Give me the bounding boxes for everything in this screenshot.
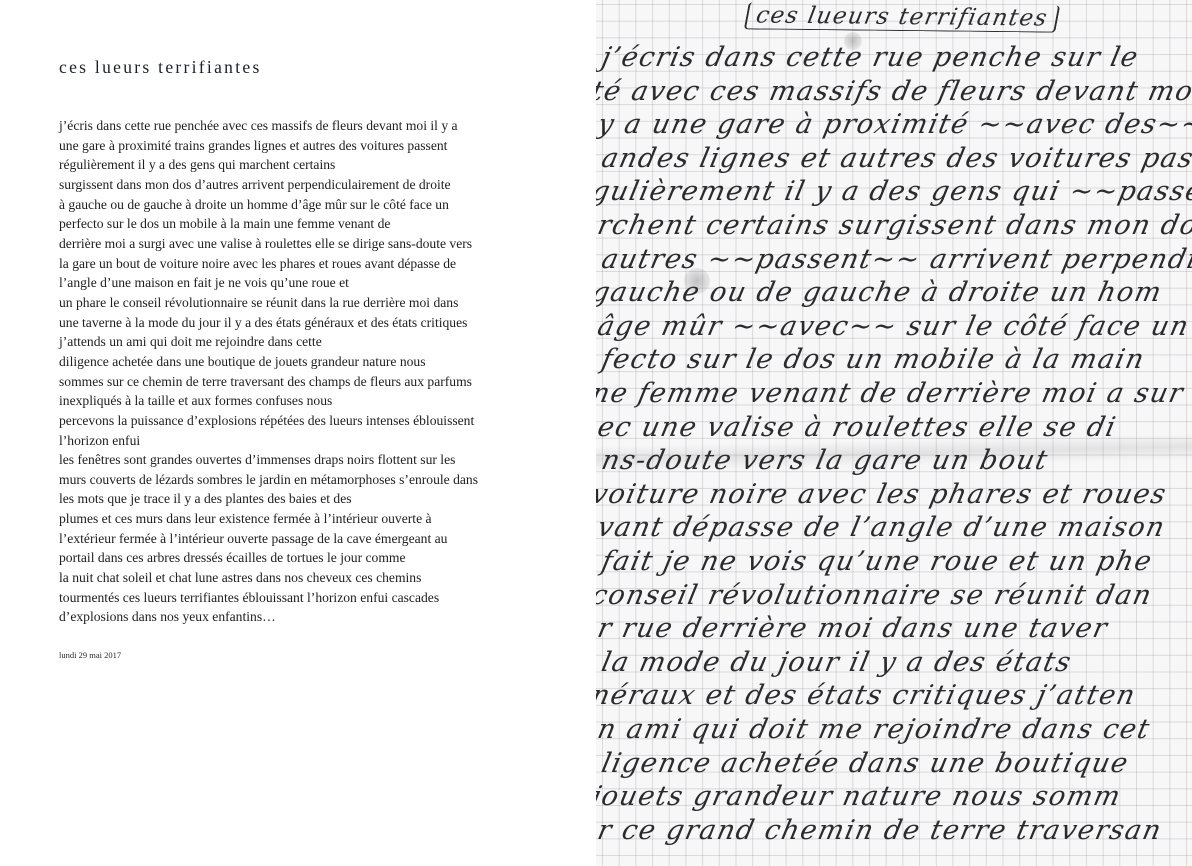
manuscript-line: gauche ou de gauche à droite un hom [596, 277, 1165, 308]
manuscript-line: ligence achetée dans une boutique [599, 748, 1132, 779]
poem-line: à gauche ou de gauche à droite un homme … [59, 195, 559, 215]
manuscript-line: r ce grand chemin de terre traversan [596, 815, 1165, 846]
poem-line: murs couverts de lézards sombres le jard… [59, 470, 559, 490]
poem-line: perfecto sur le dos un mobile à la main … [59, 214, 559, 234]
manuscript-line: néraux et des états critiques j’atten [596, 680, 1139, 711]
manuscript-line: vant dépasse de l’angle d’une maison [596, 512, 1168, 543]
poem-line: tourmentés ces lueurs terrifiantes éblou… [59, 588, 559, 608]
poem-line: j’écris dans cette rue penchée avec ces … [59, 116, 559, 136]
manuscript-line: té avec ces massifs de fleurs devant moi [596, 76, 1192, 107]
manuscript-line: âge mûr ~~avec~~ sur le côté face un [596, 311, 1192, 342]
poem-line: derrière moi a surgi avec une valise à r… [59, 234, 559, 254]
manuscript-line: conseil révolutionnaire se réunit dan [596, 580, 1155, 611]
poem-line: un phare le conseil révolutionnaire se r… [59, 293, 559, 313]
manuscript-line: rchent certains surgissent dans mon dos [596, 210, 1192, 241]
poem-line: une gare à proximité trains grandes lign… [59, 136, 559, 156]
poem-line: surgissent dans mon dos d’autres arriven… [59, 175, 559, 195]
manuscript-line: autres ~~passent~~ arrivent perpendicula… [599, 244, 1192, 275]
manuscript-line: voiture noire avec les phares et roues [596, 479, 1170, 510]
poem-line: portail dans ces arbres dressés écailles… [59, 548, 559, 568]
manuscript-line: n ami qui doit me rejoindre dans cet [596, 714, 1153, 745]
poem-line: percevons la puissance d’explosions répé… [59, 411, 559, 431]
poem-line: les fenêtres sont grandes ouvertes d’imm… [59, 450, 559, 470]
manuscript-line: y a une gare à proximité ~~avec des~~ tr… [596, 109, 1192, 140]
poem-line: la nuit chat soleil et chat lune astres … [59, 568, 559, 588]
manuscript-line: fait je ne vois qu’une roue et un phe [599, 546, 1156, 577]
poem-line: sommes sur ce chemin de terre traversant… [59, 372, 559, 392]
poem-line: l’extérieur fermée à l’intérieur ouverte… [59, 529, 559, 549]
handwritten-manuscript-scan: ces lueurs terrifiantes j’écris dans cet… [596, 0, 1192, 866]
manuscript-line: r rue derrière moi dans une taver [596, 613, 1111, 644]
manuscript-line: jouets grandeur nature nous somm [596, 781, 1124, 812]
manuscript-line: j’écris dans cette rue penche sur le [599, 42, 1142, 73]
poem-line: diligence achetée dans une boutique de j… [59, 352, 559, 372]
poem-line: une taverne à la mode du jour il y a des… [59, 313, 559, 333]
poem-line: la gare un bout de voiture noire avec le… [59, 254, 559, 274]
manuscript-line: andes lignes et autres des voitures pass… [599, 143, 1192, 174]
poem-line: j’attends un ami qui doit me rejoindre d… [59, 332, 559, 352]
poem-line: inexpliqués à la taille et aux formes co… [59, 391, 559, 411]
manuscript-line: ec une valise à roulettes elle se di [596, 412, 1119, 443]
manuscript-line: ne femme venant de derrière moi a sur [596, 378, 1187, 409]
book-spread: ces lueurs terrifiantes j’écris dans cet… [0, 0, 1192, 866]
poem-body: j’écris dans cette rue penchée avec ces … [59, 116, 559, 627]
manuscript-line: la mode du jour il y a des états [599, 647, 1075, 678]
manuscript-line: ns-doute vers la gare un bout [599, 445, 1052, 476]
poem-line: régulièrement il y a des gens qui marche… [59, 155, 559, 175]
poem-title: ces lueurs terrifiantes [59, 57, 262, 78]
poem-date: lundi 29 mai 2017 [59, 650, 121, 660]
poem-line: l’angle d’une maison en fait je ne vois … [59, 273, 559, 293]
poem-line: les mots que je trace il y a des plantes… [59, 489, 559, 509]
manuscript-line: fecto sur le dos un mobile à la main [599, 344, 1148, 375]
poem-line: d’explosions dans nos yeux enfantins… [59, 607, 559, 627]
poem-line: plumes et ces murs dans leur existence f… [59, 509, 559, 529]
poem-line: l’horizon enfui [59, 431, 559, 451]
typeset-page: ces lueurs terrifiantes j’écris dans cet… [0, 0, 596, 866]
manuscript-line: gulièrement il y a des gens qui ~~passen… [596, 176, 1192, 207]
manuscript-title: ces lueurs terrifiantes [744, 2, 1061, 32]
